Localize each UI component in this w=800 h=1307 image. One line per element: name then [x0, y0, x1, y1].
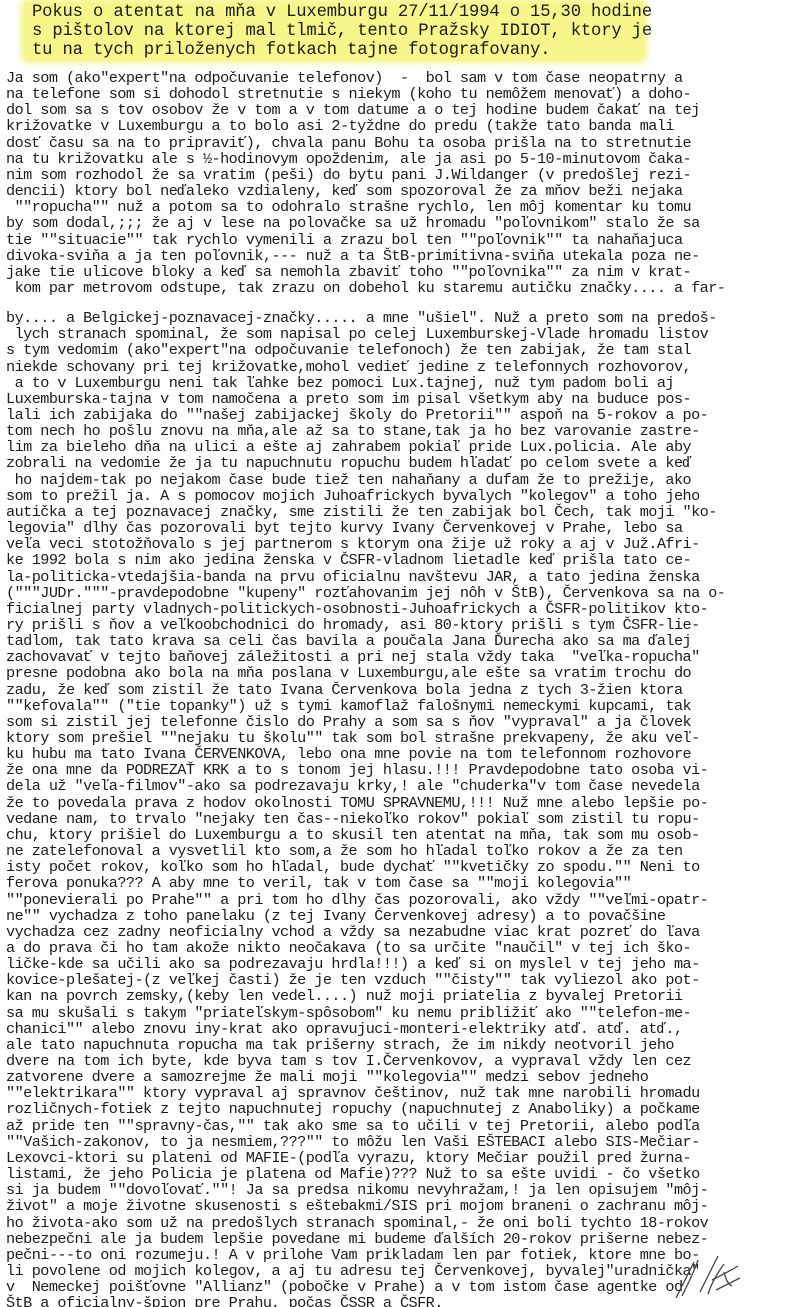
body-line: si ja budem ""dovoľovať.""! Ja sa predsa… — [6, 1182, 708, 1198]
body-line: by.... a Belgickej-poznavacej-značky....… — [6, 310, 717, 326]
body-line: divoka-sviňa a ja ten poľovnik,--- nuž a… — [6, 248, 700, 264]
body-line: ""Vašich-zakonov, to ja nesmiem,???"" to… — [6, 1134, 700, 1150]
body-line: ne zatelefonoval a vysvetlil kto som,a ž… — [6, 843, 683, 859]
body-line: že to povedala prava z hodov okolnosti T… — [6, 795, 708, 811]
body-line: lim za bieleho dňa na ulici a ešte aj za… — [6, 439, 691, 455]
signature-icon — [672, 1252, 742, 1302]
body-line: chu, ktory prišiel do Luxemburgu a to sk… — [6, 827, 700, 843]
body-line: listami, že jeho Policia je platena od M… — [6, 1166, 700, 1182]
body-line: ""ropucha"" nuž a potom sa to odohralo s… — [6, 199, 691, 215]
body-line: presne podobna ako bola na mňa poslana v… — [6, 665, 691, 681]
body-line: na telefone som si dohodol stretnutie s … — [6, 86, 691, 102]
body-line: dosť času sa na to pripraviť), chvala pa… — [6, 135, 691, 151]
body-line: a to v Luxemburgu neni tak ľahke bez pom… — [6, 375, 674, 391]
body-line: ličke-kde sa učili ako sa podrezavaju hr… — [6, 956, 700, 972]
body-line: dencii) ktory bol neďaleko vzdialeny, ke… — [6, 183, 683, 199]
body-line: legovia" dlhy čas pozorovali byt tejto k… — [6, 520, 683, 536]
body-line: ("""JUDr."""-pravdepodobne "kupeny" rozť… — [6, 585, 725, 601]
body-line: ke 1992 bola s nim ako jedina ženska v Č… — [6, 552, 691, 568]
body-line: pečni---to oni rozumeju.! A v prilohe Va… — [6, 1247, 700, 1263]
body-line: Ja som (ako"expert"na odpočuvanie telefo… — [6, 70, 683, 86]
body-line: autička a tej poznavacej značky, sme zis… — [6, 504, 717, 520]
body-line: kan na povrch zemsky,(keby len vedel....… — [6, 988, 683, 1004]
body-line: Luxemburska-tajna v tom namočena a preto… — [6, 391, 691, 407]
body-line: ""ponevierali po Prahe"" a pri tom ho dl… — [6, 892, 708, 908]
body-line: kom par metrovom odstupe, tak zrazu on d… — [6, 280, 725, 296]
body-line: ale tato napuchnuta ropucha ma tak priše… — [6, 1037, 674, 1053]
body-line: li povolene od mojich kolegov, a aj tu a… — [6, 1263, 700, 1279]
letter-page: Pokus o atentat na mňa v Luxemburgu 27/1… — [0, 0, 800, 1307]
body-line: zachovavať v tejto baňovej záležitosti a… — [6, 649, 700, 665]
body-line: zadu, že keď som zistil že tato Ivana Če… — [6, 682, 683, 698]
body-line: život" a moje životne skusenosti s ešteb… — [6, 1198, 708, 1214]
body-line: ""kefovala"" ("tie topanky") už s tymi k… — [6, 698, 691, 714]
header-line: tu na tych priloženych fotkach tajne fot… — [32, 41, 550, 60]
body-line: ho najdem-tak po nejakom čase bude tiež … — [6, 472, 691, 488]
body-line: tie ""situacie"" tak rychlo vymenili a z… — [6, 232, 683, 248]
body-line: ""elektrikara"" ktory vypraval aj spravn… — [6, 1085, 700, 1101]
body-line: dol som sa s tov osobov že v tom a v tom… — [6, 102, 700, 118]
body-line: nebezpečni ale ja budem lepšie povedane … — [6, 1231, 708, 1247]
body-line: som to prežil ja. A s pomocov mojich Juh… — [6, 488, 700, 504]
body-line: ferova ponuka??? A aby mne to veril, tak… — [6, 875, 631, 891]
body-line: ficialnej party vladnych-politickych-oso… — [6, 601, 708, 617]
body-line: ry prišli s ňov a veľkoobchodnici do hro… — [6, 617, 700, 633]
body-line: ne"" vychadza z toho panelaku (z tej Iva… — [6, 908, 665, 924]
body-line: vedane nam, to trvalo "nejaky ten čas--n… — [6, 811, 700, 827]
body-line: vychadza cez zadny neoficialny vchod a v… — [6, 924, 700, 940]
body-line: zobrali na vedomie že ja tu napuchnutu r… — [6, 455, 691, 471]
body-line: že ona mne da PODREZAŤ KRK a to s tonom … — [6, 762, 708, 778]
body-line: som si zistil jej telefonne čislo do Pra… — [6, 714, 691, 730]
body-line: kovice-plešatej-(z veľkej časti) že je t… — [6, 972, 700, 988]
body-line: tadlom, tak tato krava sa celi čas bavil… — [6, 633, 691, 649]
body-line: križovatke v Luxemburgu a to bolo asi 2-… — [6, 118, 674, 134]
body-line: ho života-ako som už na predošlych stran… — [6, 1215, 708, 1231]
body-line: a do prava či ho tam akože nikto neočaka… — [6, 940, 691, 956]
header-line: s pištolov na ktorej mal tlmič, tento Pr… — [32, 22, 652, 41]
body-line: jake tie ulicove bloky a keď sa nemohla … — [6, 264, 691, 280]
body-line: dvere na tom ich byte, kde byva tam s to… — [6, 1053, 691, 1069]
body-line: ku hubu ma tato Ivana ČERVENKOVA, lebo o… — [6, 746, 691, 762]
body-line: dela už "veľa-filmov"-ako sa podrezavaju… — [6, 778, 700, 794]
body-line: ktory som prešiel ""nejaku tu školu"" ta… — [6, 730, 700, 746]
body-line: rozličnych-fotiek z tejto napuchnutej ro… — [6, 1101, 700, 1117]
body-line: v Nemeckej poišťovne "Allianz" (pobočke … — [6, 1279, 683, 1295]
header-line: Pokus o atentat na mňa v Luxemburgu 27/1… — [32, 3, 652, 22]
body-line: až pride ten ""spravny-čas,"" tak ako sm… — [6, 1118, 700, 1134]
body-line: veľa veci stotožňovalo s jej partnerom s… — [6, 536, 700, 552]
body-line: nim som rozhodol že sa vratim (peši) do … — [6, 167, 691, 183]
body-line: isty počet rokov, koľko som ho hľadal, b… — [6, 859, 700, 875]
body-line: ŠtB a oficialny-špion pre Prahu, počas Č… — [6, 1295, 443, 1307]
body-line: s tym vedomim (ako"expert"na odpočuvanie… — [6, 342, 691, 358]
body-line: chanici"" alebo znovu iny-krat ako oprav… — [6, 1021, 683, 1037]
body-line: na tu križovatku ale s ½-hodinovym opožd… — [6, 151, 691, 167]
body-line: lali ich zabijaka do ""našej zabijackej … — [6, 407, 708, 423]
body-line: la-politicka-vtedajšia-banda na prvu ofi… — [6, 569, 700, 585]
body-line: zatvorene dvere a samozrejme že mali moj… — [6, 1069, 648, 1085]
body-line: sa mu skušali s takym "priateľskym-spôso… — [6, 1005, 691, 1021]
body-line: by som dodal,;;; že aj v lese na polovač… — [6, 215, 700, 231]
body-line: niekde schovany pri tej križovatke,mohol… — [6, 359, 691, 375]
body-line: tom nech ho pošlu znovu na mňa,ale až sa… — [6, 423, 700, 439]
body-line: Lexovci-ktori su plateni od MAFIE-(podľa… — [6, 1150, 691, 1166]
body-line: lych stranach spominal, že som napisal p… — [6, 326, 708, 342]
